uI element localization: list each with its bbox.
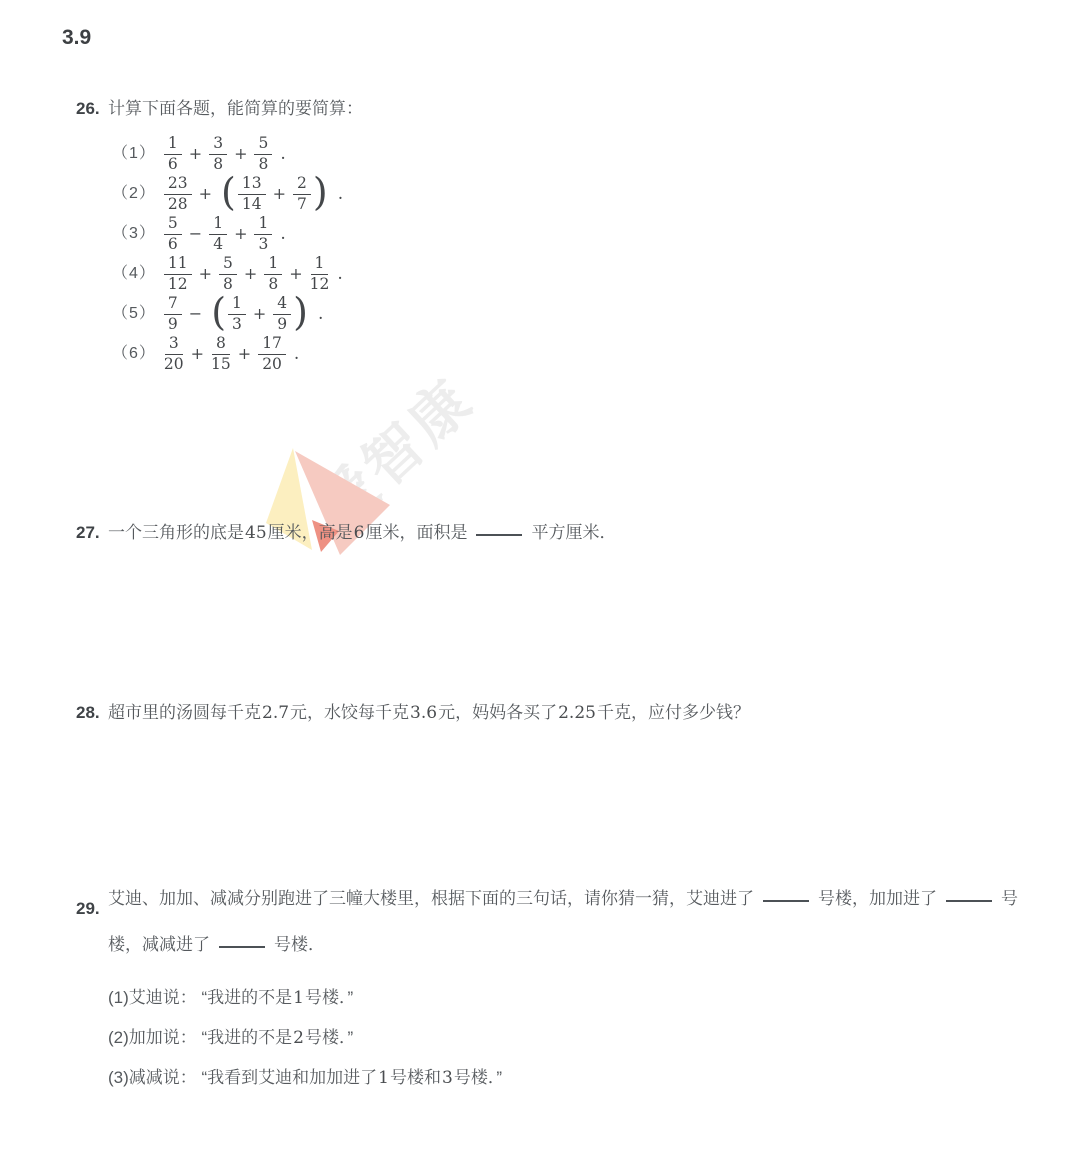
text-run: 平方厘米． bbox=[531, 523, 616, 542]
fraction-denominator: 6 bbox=[168, 235, 178, 254]
answer-blank[interactable] bbox=[219, 943, 265, 948]
problem-number: 26. bbox=[76, 96, 100, 122]
fraction: 27 bbox=[293, 175, 311, 214]
inline-number: 2.25 bbox=[558, 703, 596, 723]
fraction: 13 bbox=[228, 295, 246, 334]
inline-number: 1 bbox=[293, 988, 304, 1008]
text-run: 号楼．” bbox=[454, 1068, 502, 1087]
fraction-numerator: 1 bbox=[228, 295, 246, 315]
fraction-denominator: 12 bbox=[168, 275, 188, 294]
text-run: 元，妈妈各买了 bbox=[438, 703, 557, 722]
problem-text: 超市里的汤圆每千克2.7元，水饺每千克3.6元，妈妈各买了2.25千克，应付多少… bbox=[108, 703, 750, 722]
end-dot: . bbox=[318, 301, 323, 327]
fraction: 18 bbox=[264, 255, 282, 294]
problem-text: 艾迪、加加、减减分别跑进了三幢大楼里，根据下面的三句话，请你猜一猜，艾迪进了号楼… bbox=[108, 889, 1018, 954]
end-dot: . bbox=[280, 221, 285, 247]
problem-29: 29. 艾迪、加加、减减分别跑进了三幢大楼里，根据下面的三句话，请你猜一猜，艾迪… bbox=[76, 876, 1050, 1098]
problem-number: 28. bbox=[76, 700, 100, 726]
paren: ) bbox=[293, 292, 308, 332]
sub-problem: （2）2328+(1314+27). bbox=[112, 174, 1050, 214]
sub-problem-label: （4） bbox=[112, 261, 156, 287]
problem-text: 计算下面各题，能简算的要简算： bbox=[108, 99, 363, 118]
problem-27: 27. 一个三角形的底是45厘米，高是6厘米，面积是平方厘米． bbox=[76, 520, 1050, 546]
text-run: (1)艾迪说： “我进的不是 bbox=[108, 988, 292, 1007]
text-run: 号楼．” bbox=[305, 1028, 353, 1047]
answer-blank[interactable] bbox=[763, 897, 809, 902]
fraction: 58 bbox=[254, 135, 272, 174]
operator: + bbox=[253, 301, 266, 327]
text-run: 号楼和 bbox=[390, 1068, 441, 1087]
end-dot: . bbox=[280, 141, 285, 167]
text-run: 号楼． bbox=[274, 935, 325, 954]
fraction-numerator: 2 bbox=[293, 175, 311, 195]
fraction: 38 bbox=[209, 135, 227, 174]
fraction-denominator: 15 bbox=[211, 355, 231, 374]
text-run: 厘米，高是 bbox=[268, 523, 353, 542]
sub-problem-label: （3） bbox=[112, 221, 156, 247]
page-header: 3.9 bbox=[62, 0, 1080, 50]
operator: + bbox=[189, 141, 202, 167]
sub-problem-label: （5） bbox=[112, 301, 156, 327]
fraction-denominator: 4 bbox=[213, 235, 223, 254]
fraction: 14 bbox=[209, 215, 227, 254]
statement-3: (3)减减说： “我看到艾迪和加加进了1号楼和3号楼．” bbox=[108, 1058, 1050, 1098]
fraction: 1314 bbox=[238, 175, 266, 214]
sub-problem-label: （1） bbox=[112, 141, 156, 167]
statement-list: (1)艾迪说： “我进的不是1号楼．” (2)加加说： “我进的不是2号楼．” … bbox=[108, 978, 1050, 1098]
text-run: 千克，应付多少钱？ bbox=[597, 703, 750, 722]
fraction-denominator: 8 bbox=[258, 155, 268, 174]
fraction: 49 bbox=[273, 295, 291, 334]
operator: + bbox=[273, 181, 286, 207]
statement-1: (1)艾迪说： “我进的不是1号楼．” bbox=[108, 978, 1050, 1018]
paren: ) bbox=[313, 172, 328, 212]
fraction: 58 bbox=[219, 255, 237, 294]
operator: − bbox=[189, 301, 202, 327]
problem-number: 29. bbox=[76, 886, 100, 932]
fraction-denominator: 28 bbox=[168, 195, 188, 214]
sub-problem-label: （2） bbox=[112, 181, 156, 207]
text-run: 厘米，面积是 bbox=[365, 523, 467, 542]
fraction: 112 bbox=[310, 255, 330, 294]
problem-number: 27. bbox=[76, 520, 100, 546]
fraction-numerator: 4 bbox=[273, 295, 291, 315]
text-run: 号楼．” bbox=[305, 988, 353, 1007]
fraction: 1112 bbox=[164, 255, 192, 294]
statement-2: (2)加加说： “我进的不是2号楼．” bbox=[108, 1018, 1050, 1058]
operator: + bbox=[289, 261, 302, 287]
fraction-denominator: 7 bbox=[297, 195, 307, 214]
fraction-numerator: 5 bbox=[164, 215, 182, 235]
operator: + bbox=[199, 181, 212, 207]
worksheet-content: 3.9 26. 计算下面各题，能简算的要简算： （1）16+38+58.（2）2… bbox=[0, 0, 1080, 1098]
inline-number: 2 bbox=[293, 1028, 304, 1048]
operator: + bbox=[234, 221, 247, 247]
answer-blank[interactable] bbox=[476, 531, 522, 536]
inline-number: 2.7 bbox=[262, 703, 289, 723]
worksheet-page: 爱智康 3.9 26. 计算下面各题，能简算的要简算： （1）16+38+58.… bbox=[0, 0, 1080, 1159]
fraction-numerator: 11 bbox=[164, 255, 192, 275]
fraction-numerator: 5 bbox=[254, 135, 272, 155]
end-dot: . bbox=[337, 261, 342, 287]
text-run: 一个三角形的底是 bbox=[108, 523, 244, 542]
sub-problem-label: （6） bbox=[112, 341, 156, 367]
fraction: 815 bbox=[211, 335, 231, 374]
sub-problem: （5）79−(13+49). bbox=[112, 294, 1050, 334]
fraction-numerator: 17 bbox=[258, 335, 286, 355]
inline-number: 6 bbox=[354, 523, 365, 543]
inline-number: 3.6 bbox=[410, 703, 437, 723]
fraction-numerator: 1 bbox=[311, 255, 329, 275]
sub-problem: （6）320+815+1720. bbox=[112, 334, 1050, 374]
fraction-denominator: 12 bbox=[310, 275, 330, 294]
problem-text: 一个三角形的底是45厘米，高是6厘米，面积是平方厘米． bbox=[108, 523, 616, 542]
fraction-denominator: 9 bbox=[168, 315, 178, 334]
operator: + bbox=[244, 261, 257, 287]
fraction-numerator: 3 bbox=[209, 135, 227, 155]
sub-problem: （3）56−14+13. bbox=[112, 214, 1050, 254]
fraction: 1720 bbox=[258, 335, 286, 374]
answer-blank[interactable] bbox=[946, 897, 992, 902]
fraction-numerator: 1 bbox=[164, 135, 182, 155]
operator: + bbox=[199, 261, 212, 287]
paren: ( bbox=[211, 292, 226, 332]
fraction-denominator: 8 bbox=[268, 275, 278, 294]
fraction-denominator: 20 bbox=[262, 355, 282, 374]
fraction-denominator: 9 bbox=[277, 315, 287, 334]
inline-number: 3 bbox=[442, 1068, 453, 1088]
operator: − bbox=[189, 221, 202, 247]
text-run: (3)减减说： “我看到艾迪和加加进了 bbox=[108, 1068, 377, 1087]
fraction-numerator: 1 bbox=[209, 215, 227, 235]
inline-number: 1 bbox=[378, 1068, 389, 1088]
fraction-numerator: 1 bbox=[254, 215, 272, 235]
problem-26: 26. 计算下面各题，能简算的要简算： （1）16+38+58.（2）2328+… bbox=[76, 96, 1050, 374]
fraction-numerator: 1 bbox=[264, 255, 282, 275]
operator: + bbox=[238, 341, 251, 367]
sub-problem: （4）1112+58+18+112. bbox=[112, 254, 1050, 294]
fraction: 79 bbox=[164, 295, 182, 334]
fraction-numerator: 7 bbox=[164, 295, 182, 315]
sub-problem: （1）16+38+58. bbox=[112, 134, 1050, 174]
fraction-denominator: 3 bbox=[232, 315, 242, 334]
end-dot: . bbox=[294, 341, 299, 367]
fraction-denominator: 6 bbox=[168, 155, 178, 174]
fraction-denominator: 20 bbox=[164, 355, 184, 374]
sub-problem-list: （1）16+38+58.（2）2328+(1314+27).（3）56−14+1… bbox=[112, 134, 1050, 374]
text-run: (2)加加说： “我进的不是 bbox=[108, 1028, 292, 1047]
fraction-numerator: 23 bbox=[164, 175, 192, 195]
fraction: 2328 bbox=[164, 175, 192, 214]
inline-number: 45 bbox=[245, 523, 267, 543]
fraction-numerator: 13 bbox=[238, 175, 266, 195]
text-run: 号楼，加加进了 bbox=[818, 889, 937, 908]
fraction: 320 bbox=[164, 335, 184, 374]
fraction-numerator: 3 bbox=[165, 335, 183, 355]
fraction-numerator: 8 bbox=[212, 335, 230, 355]
fraction: 16 bbox=[164, 135, 182, 174]
paren: ( bbox=[221, 172, 236, 212]
operator: + bbox=[191, 341, 204, 367]
fraction-denominator: 3 bbox=[258, 235, 268, 254]
operator: + bbox=[234, 141, 247, 167]
problem-28: 28. 超市里的汤圆每千克2.7元，水饺每千克3.6元，妈妈各买了2.25千克，… bbox=[76, 700, 1050, 726]
fraction-numerator: 5 bbox=[219, 255, 237, 275]
text-run: 元，水饺每千克 bbox=[290, 703, 409, 722]
fraction: 13 bbox=[254, 215, 272, 254]
fraction: 56 bbox=[164, 215, 182, 254]
text-run: 超市里的汤圆每千克 bbox=[108, 703, 261, 722]
text-run: 艾迪、加加、减减分别跑进了三幢大楼里，根据下面的三句话，请你猜一猜，艾迪进了 bbox=[108, 889, 754, 908]
fraction-denominator: 14 bbox=[242, 195, 262, 214]
end-dot: . bbox=[338, 181, 343, 207]
